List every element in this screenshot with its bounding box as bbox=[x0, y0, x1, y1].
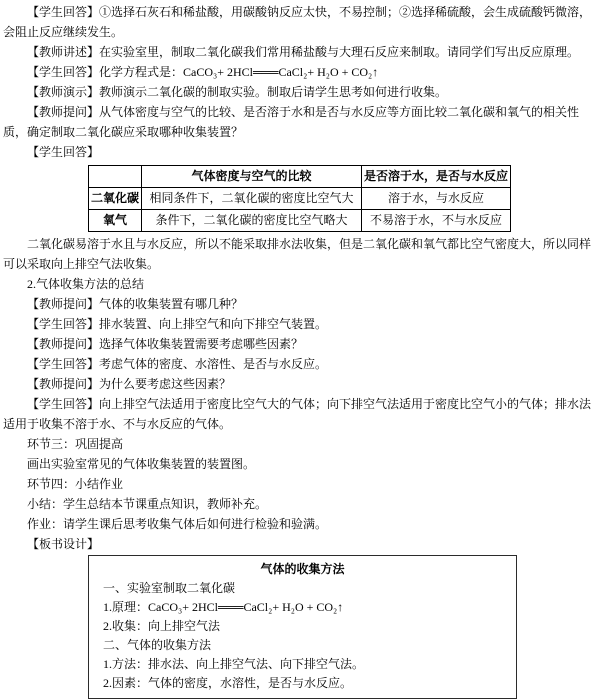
board-title: 气体的收集方法 bbox=[103, 559, 502, 579]
student-answer-factors: 【学生回答】考虑气体的密度、水溶性、是否与水反应。 bbox=[3, 354, 591, 374]
board-line-collection: 2.收集：向上排空气法 bbox=[103, 617, 516, 636]
o2-water-cell: 不易溶于水，不与水反应 bbox=[362, 210, 511, 232]
table-header-water: 是否溶于水，是否与水反应 bbox=[362, 166, 511, 188]
row-label-co2: 二氧化碳 bbox=[89, 188, 142, 210]
board-line-factors: 2.因素：气体的密度，水溶性，是否与水反应。 bbox=[103, 674, 516, 693]
board-line-methods: 1.方法：排水法、向上排空气法、向下排空气法。 bbox=[103, 655, 516, 674]
board-principle-prefix: 1.原理： bbox=[103, 600, 148, 614]
student-answer-method-rules: 【学生回答】向上排空气法适用于密度比空气大的气体；向下排空气法适用于密度比空气小… bbox=[3, 394, 591, 434]
step-3-task: 画出实验室常见的气体收集装置的装置图。 bbox=[3, 454, 591, 474]
board-design-label: 【板书设计】 bbox=[3, 534, 591, 554]
step-3-heading: 环节三：巩固提高 bbox=[3, 434, 591, 454]
equation-prefix: 【学生回答】化学方程式是： bbox=[27, 65, 183, 79]
table-header-density: 气体密度与空气的比较 bbox=[142, 166, 362, 188]
teacher-question-factors: 【教师提问】选择气体收集装置需要考虑哪些因素？ bbox=[3, 334, 591, 354]
chemical-equation: CaCO₃+ 2HCl═══CaCl₂+ H₂O + CO₂↑ bbox=[183, 65, 378, 79]
teacher-question-properties: 【教师提问】从气体密度与空气的比较、是否溶于水和是否与水反应等方面比较二氧化碳和… bbox=[3, 102, 591, 142]
board-chemical-equation: CaCO₃+ 2HCl═══CaCl₂+ H₂O + CO₂↑ bbox=[148, 600, 343, 614]
teacher-statement-lab-method: 【教师讲述】在实验室里，制取二氧化碳我们常用稀盐酸与大理石反应来制取。请同学们写… bbox=[3, 42, 591, 62]
teacher-demo-statement: 【教师演示】教师演示二氧化碳的制取实验。制取后请学生思考如何进行收集。 bbox=[3, 82, 591, 102]
row-label-o2: 氧气 bbox=[89, 210, 142, 232]
lesson-plan-document: 【学生回答】①选择石灰石和稀盐酸，用碳酸钠反应太快，不易控制；②选择稀硫酸，会生… bbox=[0, 0, 594, 699]
student-answer-table-lead-in: 【学生回答】 bbox=[3, 142, 591, 162]
board-design-box: 气体的收集方法 一、实验室制取二氧化碳 1.原理：CaCO₃+ 2HCl═══C… bbox=[88, 555, 517, 699]
co2-density-cell: 相同条件下，二氧化碳的密度比空气大 bbox=[142, 188, 362, 210]
teacher-question-device-types: 【教师提问】气体的收集装置有哪几种？ bbox=[3, 294, 591, 314]
section-2-heading: 2.气体收集方法的总结 bbox=[3, 274, 591, 294]
table-header-row: 气体密度与空气的比较 是否溶于水，是否与水反应 bbox=[89, 166, 511, 188]
board-line-section-1: 一、实验室制取二氧化碳 bbox=[103, 579, 516, 598]
teacher-question-why-factors: 【教师提问】为什么要考虑这些因素？ bbox=[3, 374, 591, 394]
table-header-empty-cell bbox=[89, 166, 142, 188]
table-row-o2: 氧气 条件下，二氧化碳的密度比空气略大 不易溶于水，不与水反应 bbox=[89, 210, 511, 232]
gas-comparison-table: 气体密度与空气的比较 是否溶于水，是否与水反应 二氧化碳 相同条件下，二氧化碳的… bbox=[88, 165, 511, 232]
o2-density-cell: 条件下，二氧化碳的密度比空气略大 bbox=[142, 210, 362, 232]
co2-water-cell: 溶于水，与水反应 bbox=[362, 188, 511, 210]
student-answer-device-types: 【学生回答】排水装置、向上排空气和向下排空气装置。 bbox=[3, 314, 591, 334]
homework-line: 作业：请学生课后思考收集气体后如何进行检验和验满。 bbox=[3, 514, 591, 534]
board-line-section-2: 二、气体的收集方法 bbox=[103, 636, 516, 655]
step-4-heading: 环节四：小结作业 bbox=[3, 474, 591, 494]
summary-line: 小结：学生总结本节课重点知识，教师补充。 bbox=[3, 494, 591, 514]
table-row-co2: 二氧化碳 相同条件下，二氧化碳的密度比空气大 溶于水，与水反应 bbox=[89, 188, 511, 210]
board-line-principle: 1.原理：CaCO₃+ 2HCl═══CaCl₂+ H₂O + CO₂↑ bbox=[103, 598, 516, 617]
conclusion-paragraph: 二氧化碳易溶于水且与水反应，所以不能采取排水法收集，但是二氧化碳和氧气都比空气密… bbox=[3, 234, 591, 274]
student-answer-equation: 【学生回答】化学方程式是：CaCO₃+ 2HCl═══CaCl₂+ H₂O + … bbox=[3, 62, 591, 82]
student-answer-reagent-choice: 【学生回答】①选择石灰石和稀盐酸，用碳酸钠反应太快，不易控制；②选择稀硫酸，会生… bbox=[3, 2, 591, 42]
